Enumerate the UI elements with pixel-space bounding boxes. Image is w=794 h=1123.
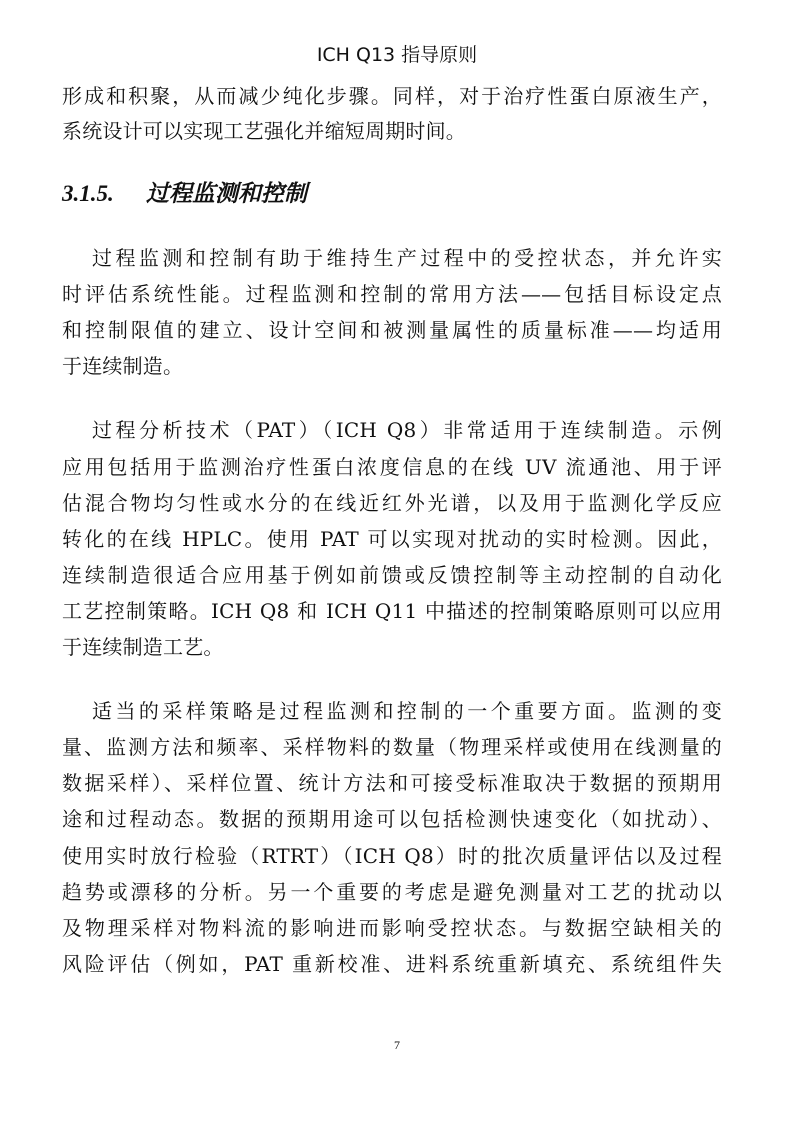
paragraph-line: 及物理采样对物料流的影响进而影响受控状态。与数据空缺相关的 <box>62 916 722 940</box>
paragraph-line: 于连续制造工艺。 <box>62 635 722 659</box>
paragraph-line: 量、监测方法和频率、采样物料的数量（物理采样或使用在线测量的 <box>62 735 722 759</box>
paragraph-line: 途和过程动态。数据的预期用途可以包括检测快速变化（如扰动）、 <box>62 807 722 831</box>
section-title: 过程监测和控制 <box>146 181 307 206</box>
paragraph-line: 过程监测和控制有助于维持生产过程中的受控状态，并允许实 <box>92 246 722 270</box>
running-header: ICH Q13 指导原则 <box>0 40 794 67</box>
paragraph-line: 转化的在线 HPLC。使用 PAT 可以实现对扰动的实时检测。因此， <box>62 527 722 551</box>
paragraph-line: 数据采样）、采样位置、统计方法和可接受标准取决于数据的预期用 <box>62 771 722 795</box>
paragraph-line: 趋势或漂移的分析。另一个重要的考虑是避免测量对工艺的扰动以 <box>62 880 722 904</box>
continuation-line: 系统设计可以实现工艺强化并缩短周期时间。 <box>62 119 722 143</box>
section-heading: 3.1.5.过程监测和控制 <box>62 175 307 208</box>
continuation-line: 形成和积聚，从而减少纯化步骤。同样，对于治疗性蛋白原液生产， <box>62 84 722 108</box>
paragraph-line: 应用包括用于监测治疗性蛋白浓度信息的在线 UV 流通池、用于评 <box>62 455 722 479</box>
paragraph-line: 工艺控制策略。ICH Q8 和 ICH Q11 中描述的控制策略原则可以应用 <box>62 599 722 623</box>
paragraph-line: 风险评估（例如，PAT 重新校准、进料系统重新填充、系统组件失 <box>62 952 722 976</box>
paragraph-line: 过程分析技术（PAT）（ICH Q8）非常适用于连续制造。示例 <box>92 418 722 442</box>
paragraph-line: 使用实时放行检验（RTRT）（ICH Q8）时的批次质量评估以及过程 <box>62 844 722 868</box>
page-number: 7 <box>0 1038 794 1053</box>
paragraph-line: 估混合物均匀性或水分的在线近红外光谱，以及用于监测化学反应 <box>62 491 722 515</box>
paragraph-line: 适当的采样策略是过程监测和控制的一个重要方面。监测的变 <box>92 699 722 723</box>
paragraph-line: 连续制造很适合应用基于例如前馈或反馈控制等主动控制的自动化 <box>62 563 722 587</box>
paragraph-line: 于连续制造。 <box>62 354 722 378</box>
paragraph-line: 和控制限值的建立、设计空间和被测量属性的质量标准——均适用 <box>62 318 722 342</box>
paragraph-line: 时评估系统性能。过程监测和控制的常用方法——包括目标设定点 <box>62 282 722 306</box>
section-number: 3.1.5. <box>62 181 146 207</box>
